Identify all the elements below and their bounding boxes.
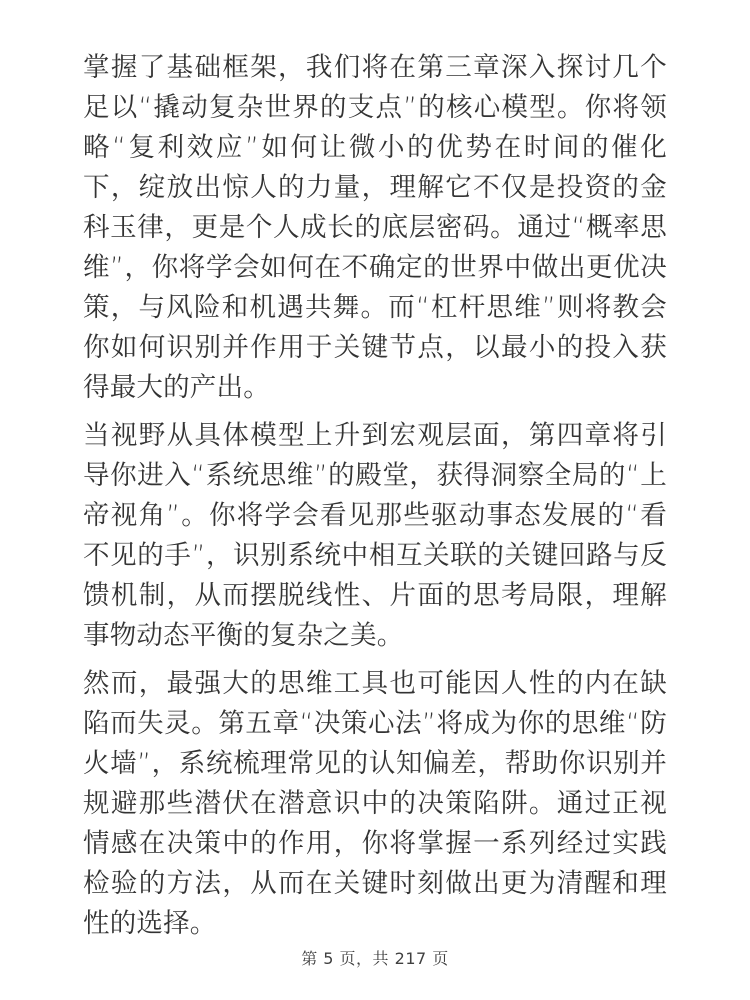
page-content: 掌握了基础框架，我们将在第三章深入探讨几个足以“撬动复杂世界的支点”的核心模型。… <box>83 0 667 944</box>
body-paragraph-1: 掌握了基础框架，我们将在第三章深入探讨几个足以“撬动复杂世界的支点”的核心模型。… <box>83 48 667 408</box>
page-number-indicator: 第 5 页，共 217 页 <box>0 948 750 970</box>
document-page: 掌握了基础框架，我们将在第三章深入探讨几个足以“撬动复杂世界的支点”的核心模型。… <box>0 0 750 1000</box>
body-paragraph-3: 然而，最强大的思维工具也可能因人性的内在缺陷而失灵。第五章“决策心法”将成为你的… <box>83 664 667 944</box>
body-paragraph-2: 当视野从具体模型上升到宏观层面，第四章将引导你进入“系统思维”的殿堂，获得洞察全… <box>83 416 667 656</box>
